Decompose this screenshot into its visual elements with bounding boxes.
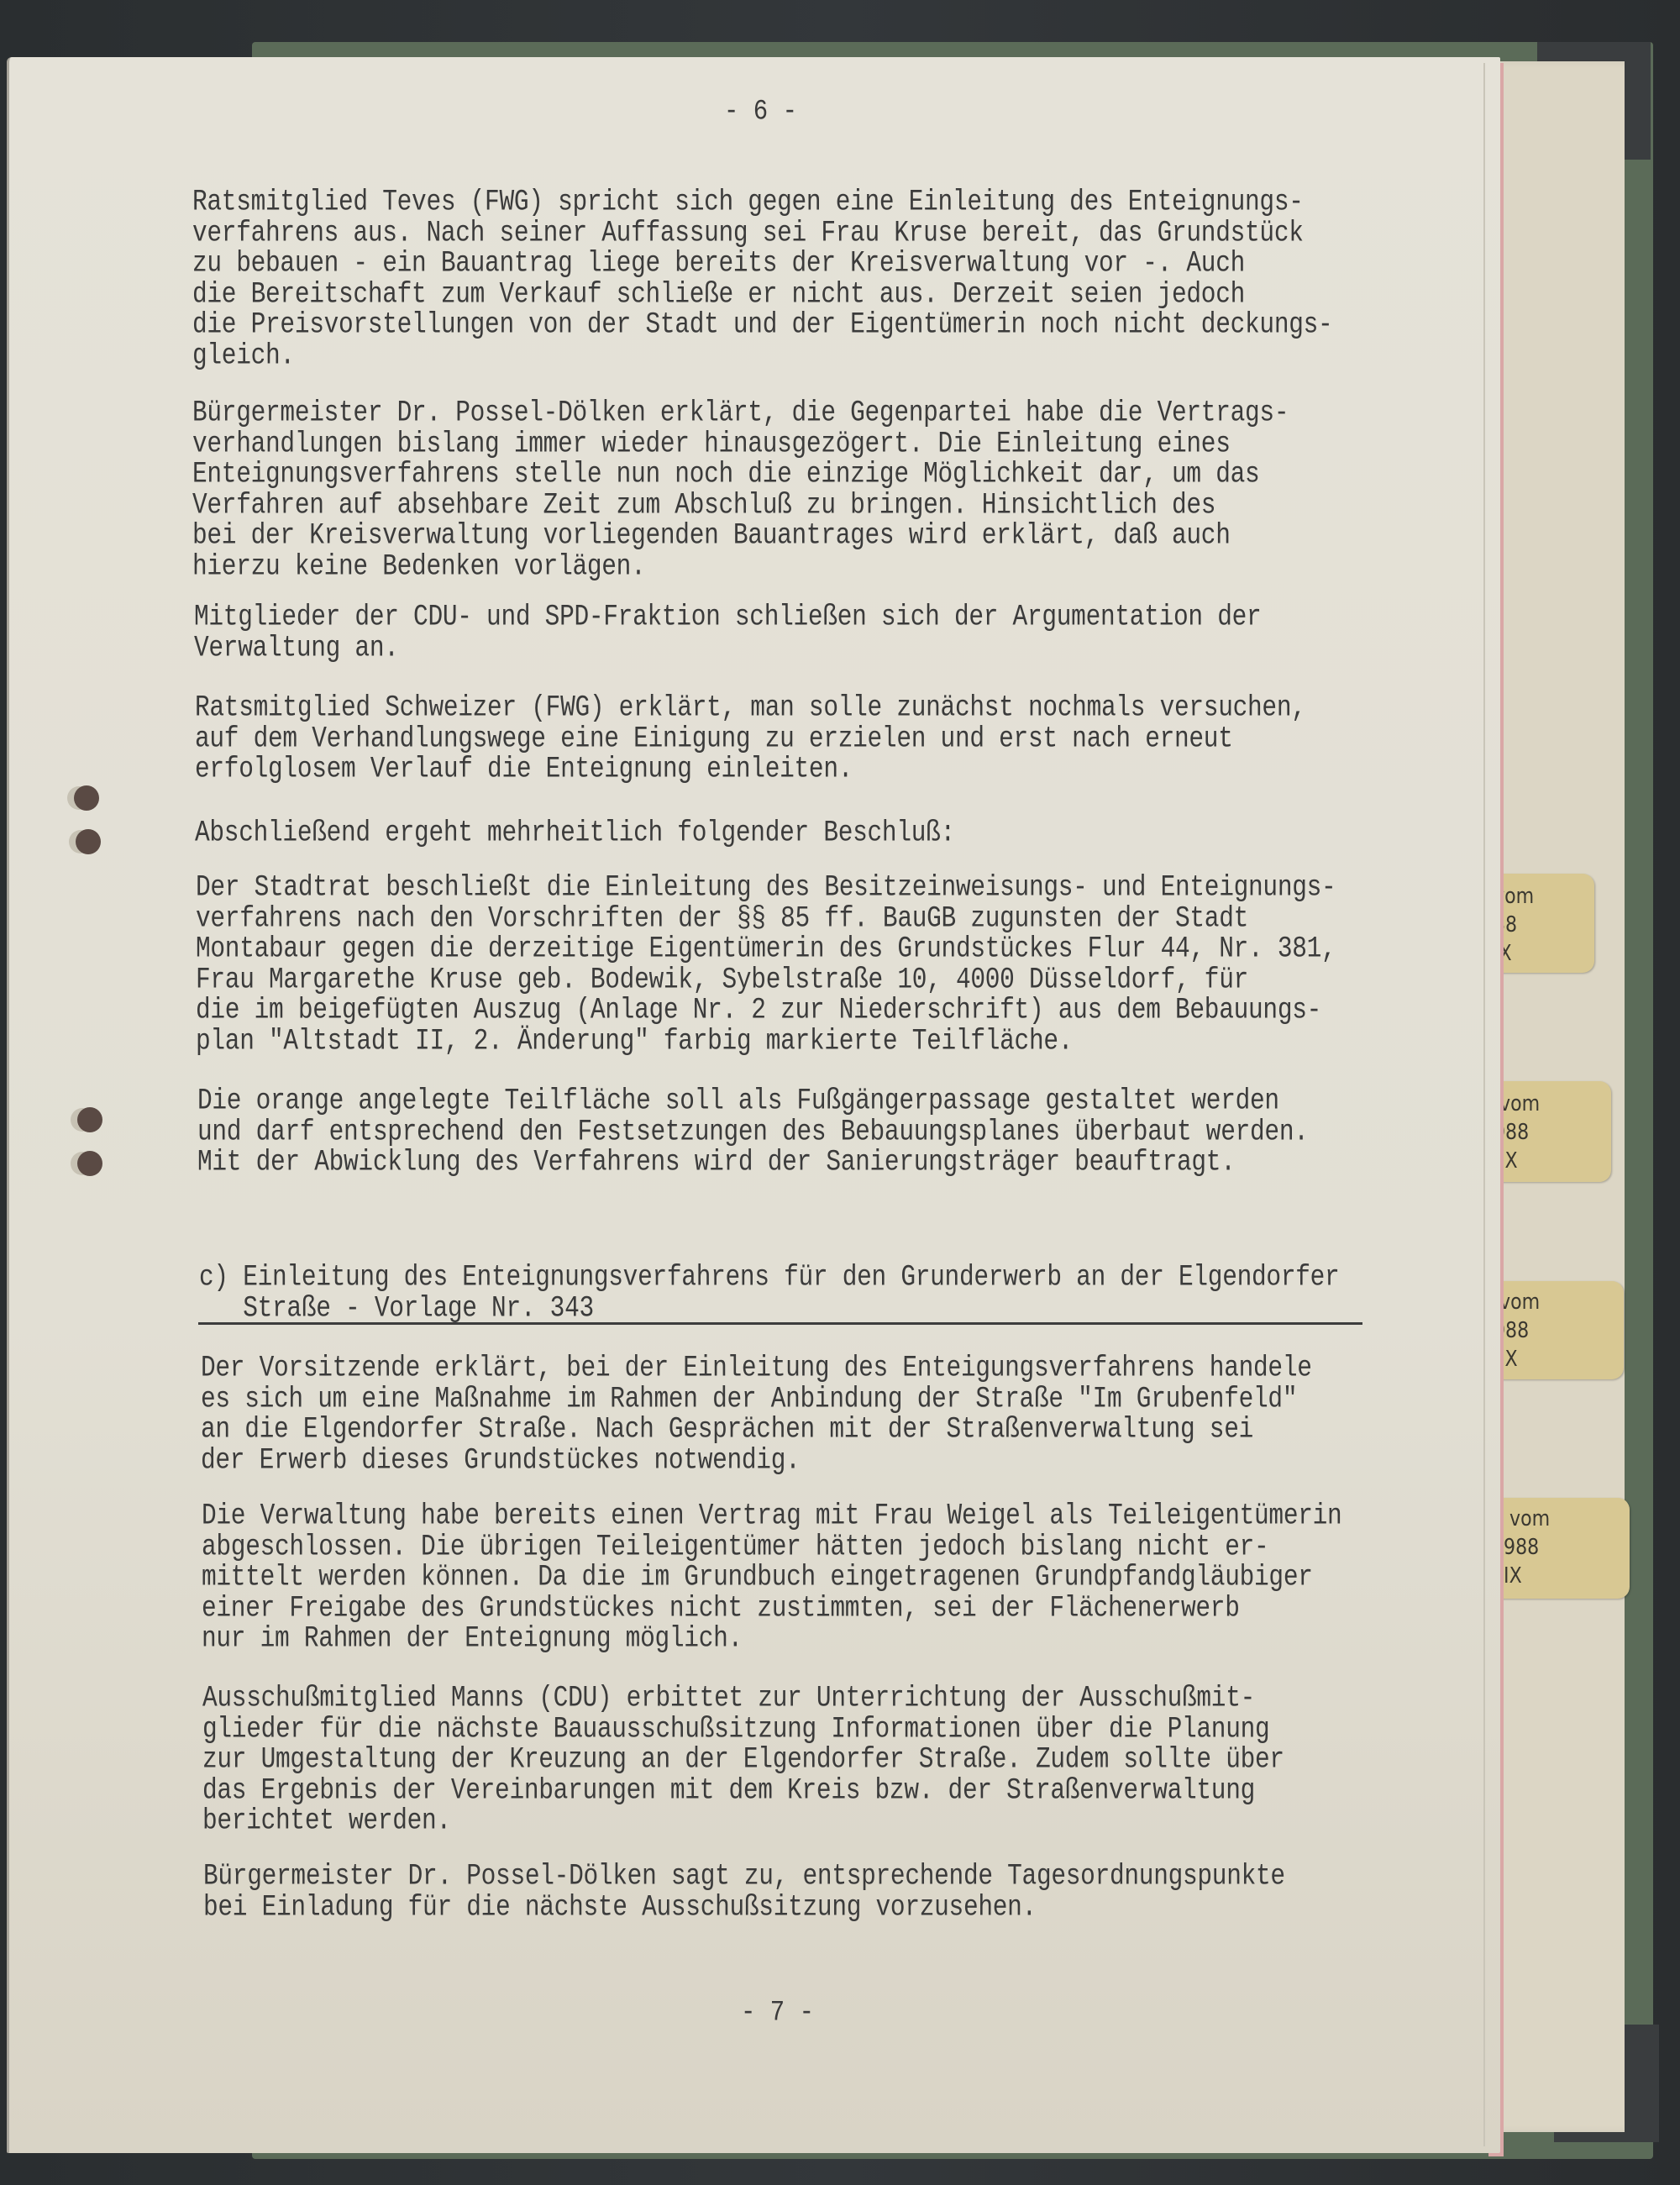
paragraph: Ausschußmitglied Manns (CDU) erbittet zu… [202, 1683, 1284, 1836]
punch-hole [74, 785, 99, 811]
paragraph: Abschließend ergeht mehrheitlich folgend… [195, 817, 955, 848]
section-c-heading: c) Einleitung des Enteignungsverfahrens … [199, 1262, 1339, 1323]
text-line: plan "Altstadt II, 2. Änderung" farbig m… [196, 1022, 1336, 1058]
tab-label-line: vom [1494, 1090, 1593, 1118]
page-number-top: - 6 - [724, 95, 797, 128]
paragraph: Ratsmitglied Teves (FWG) spricht sich ge… [192, 186, 1332, 370]
page-number-bottom: - 7 - [741, 1996, 814, 2029]
tab-label-line: IX [1492, 1562, 1609, 1590]
text-line: berichtet werden. [202, 1803, 1284, 1839]
text-line: der Erwerb dieses Grundstückes notwendig… [201, 1442, 1312, 1478]
paragraph: Bürgermeister Dr. Possel-Dölken sagt zu,… [203, 1861, 1285, 1922]
text-line: Mit der Abwicklung des Verfahrens wird d… [197, 1144, 1309, 1180]
punch-hole [77, 1107, 102, 1132]
text-line: bei Einladung für die nächste Ausschußsi… [203, 1888, 1285, 1925]
tab-label-line: IX [1494, 939, 1579, 968]
punch-hole [77, 1151, 102, 1176]
tab-label-line: 988 [1494, 1118, 1593, 1147]
index-tab[interactable]: vom988 IX [1487, 1281, 1624, 1379]
text-line: gleich. [192, 337, 1332, 373]
text-line: Straße - Vorlage Nr. 343 [199, 1289, 1339, 1326]
tab-label-line: 38 [1494, 911, 1579, 939]
tab-label-line: g vom [1492, 1505, 1609, 1533]
paragraph: Mitglieder der CDU- und SPD-Fraktion sch… [194, 601, 1261, 663]
text-line: Verwaltung an. [194, 629, 1261, 665]
paragraph: Die orange angelegte Teilfläche soll als… [197, 1085, 1309, 1178]
text-line: hierzu keine Bedenken vorlägen. [192, 548, 1289, 584]
index-tab[interactable]: vom988 IX [1487, 1081, 1611, 1182]
tab-label-line: IX [1494, 1147, 1593, 1175]
tab-label-line: IX [1494, 1345, 1604, 1374]
paragraph: Der Vorsitzende erklärt, bei der Einleit… [201, 1352, 1312, 1475]
tab-label-line: vom [1494, 882, 1579, 911]
paragraph: Der Stadtrat beschließt die Einleitung d… [196, 872, 1336, 1056]
paragraph: Ratsmitglied Schweizer (FWG) erklärt, ma… [195, 692, 1306, 785]
paragraph: Die Verwaltung habe bereits einen Vertra… [202, 1500, 1341, 1654]
text-line: Abschließend ergeht mehrheitlich folgend… [195, 815, 955, 851]
text-line: erfolglosem Verlauf die Enteignung einle… [195, 751, 1306, 787]
tab-label-line: 988 [1494, 1316, 1604, 1345]
tab-label-line: 1988 [1492, 1533, 1609, 1562]
text-line: nur im Rahmen der Enteignung möglich. [202, 1620, 1341, 1657]
heading-underline [198, 1322, 1362, 1325]
page-inner-edge [1483, 63, 1485, 2146]
punch-hole [76, 829, 101, 854]
paragraph: Bürgermeister Dr. Possel-Dölken erklärt,… [192, 397, 1289, 581]
tab-label-line: vom [1494, 1288, 1604, 1316]
index-tab[interactable]: g vom1988 IX [1487, 1498, 1630, 1599]
